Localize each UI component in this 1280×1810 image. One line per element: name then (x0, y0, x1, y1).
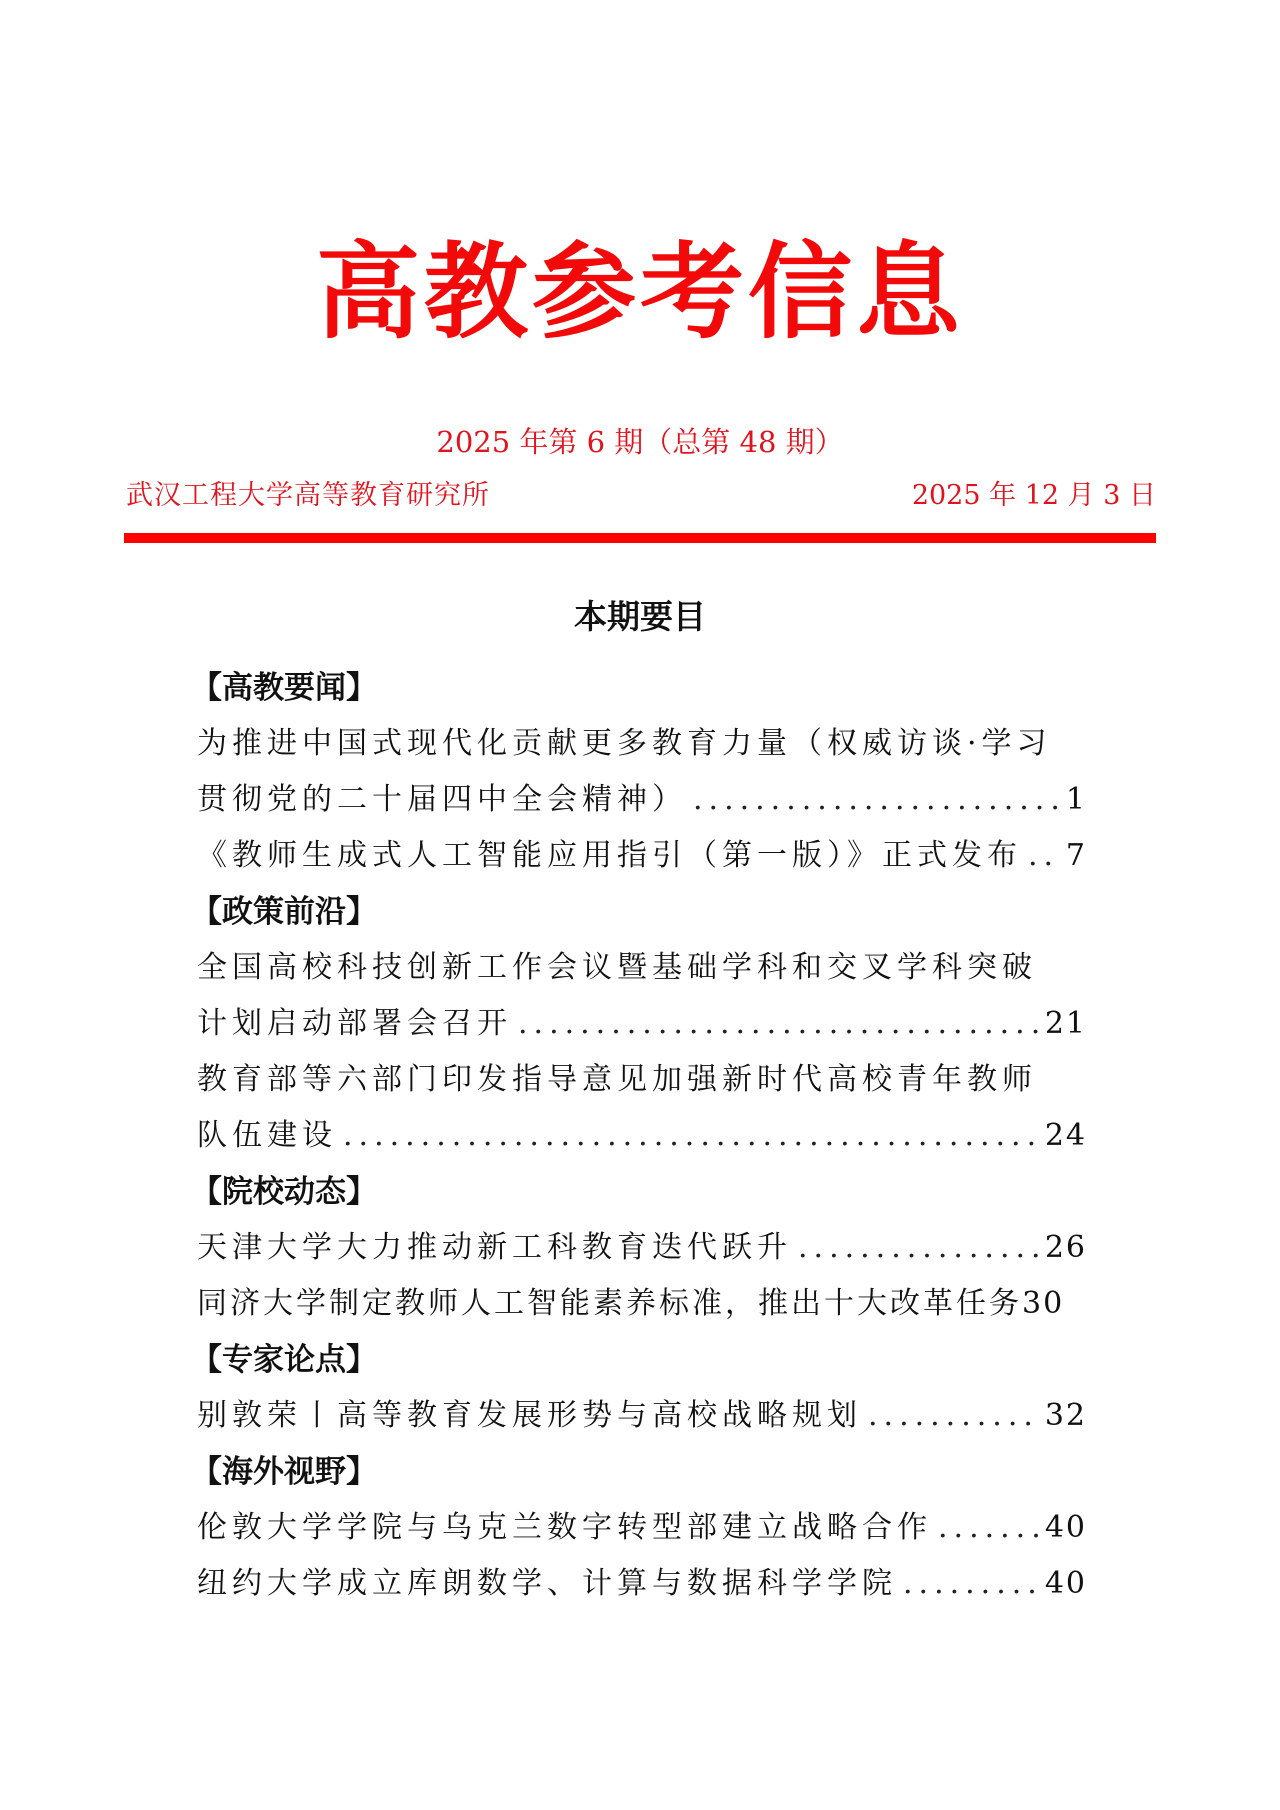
dot-leader (693, 772, 1060, 828)
dot-leader (343, 1108, 1039, 1164)
toc-page-number: 7 (1066, 828, 1087, 884)
toc-heading: 本期要目 (0, 592, 1280, 642)
toc-entry[interactable]: 全国高校科技创新工作会议暨基础学科和交叉学科突破 (197, 940, 1087, 996)
toc-section-heading: 【海外视野】 (191, 1444, 1087, 1500)
toc-entry-title: 为推进中国式现代化贡献更多教育力量（权威访谈·学习 (197, 716, 1052, 772)
toc-entry[interactable]: 纽约大学成立库朗数学、计算与数据科学学院 40 (197, 1556, 1087, 1612)
toc-entry[interactable]: 计划启动部署会召开 21 (197, 996, 1087, 1052)
toc-entry[interactable]: 队伍建设 24 (197, 1108, 1087, 1164)
toc-page-number: 21 (1045, 996, 1087, 1052)
toc-page-number: 26 (1045, 1220, 1087, 1276)
masthead-meta: 武汉工程大学高等教育研究所 2025 年 12 月 3 日 (126, 476, 1156, 516)
toc-page-number: 40 (1045, 1500, 1087, 1556)
organization-name: 武汉工程大学高等教育研究所 (126, 476, 490, 516)
dot-leader (1028, 828, 1060, 884)
toc-entry-title: 计划启动部署会召开 (197, 996, 512, 1052)
toc-entry[interactable]: 为推进中国式现代化贡献更多教育力量（权威访谈·学习 (197, 716, 1087, 772)
toc-entry-title: 教育部等六部门印发指导意见加强新时代高校青年教师 (197, 1052, 1037, 1108)
dot-leader (938, 1500, 1039, 1556)
red-divider (124, 533, 1156, 543)
toc-entry[interactable]: 贯彻党的二十届四中全会精神） 1 (197, 772, 1087, 828)
toc-entry-title: 贯彻党的二十届四中全会精神） (197, 772, 687, 828)
toc-entry[interactable]: 同济大学制定教师人工智能素养标准，推出十大改革任务 30 (197, 1276, 1087, 1332)
toc-entry-title: 伦敦大学学院与乌克兰数字转型部建立战略合作 (197, 1500, 932, 1556)
table-of-contents: 【高教要闻】 为推进中国式现代化贡献更多教育力量（权威访谈·学习 贯彻党的二十届… (197, 660, 1087, 1612)
issue-number: 2025 年第 6 期（总第 48 期） (0, 420, 1280, 464)
toc-section-heading: 【高教要闻】 (191, 660, 1087, 716)
toc-entry-title: 别敦荣丨高等教育发展形势与高校战略规划 (197, 1388, 862, 1444)
toc-entry-title: 纽约大学成立库朗数学、计算与数据科学学院 (197, 1556, 897, 1612)
toc-entry-title: 同济大学制定教师人工智能素养标准，推出十大改革任务 (197, 1276, 1022, 1332)
dot-leader (868, 1388, 1039, 1444)
dot-leader (518, 996, 1039, 1052)
toc-entry[interactable]: 别敦荣丨高等教育发展形势与高校战略规划 32 (197, 1388, 1087, 1444)
toc-page-number: 24 (1045, 1108, 1087, 1164)
toc-section-heading: 【院校动态】 (191, 1164, 1087, 1220)
toc-page-number: 1 (1066, 772, 1087, 828)
toc-entry-title: 全国高校科技创新工作会议暨基础学科和交叉学科突破 (197, 940, 1037, 996)
dot-leader (903, 1556, 1039, 1612)
toc-entry[interactable]: 伦敦大学学院与乌克兰数字转型部建立战略合作 40 (197, 1500, 1087, 1556)
toc-page-number: 30 (1022, 1276, 1064, 1332)
toc-entry-title: 队伍建设 (197, 1108, 337, 1164)
dot-leader (798, 1220, 1039, 1276)
publication-date: 2025 年 12 月 3 日 (912, 476, 1156, 516)
toc-entry[interactable]: 《教师生成式人工智能应用指引（第一版）》正式发布 7 (197, 828, 1087, 884)
toc-entry[interactable]: 天津大学大力推动新工科教育迭代跃升 26 (197, 1220, 1087, 1276)
toc-page-number: 32 (1045, 1388, 1087, 1444)
toc-section-heading: 【政策前沿】 (191, 884, 1087, 940)
toc-entry-title: 天津大学大力推动新工科教育迭代跃升 (197, 1220, 792, 1276)
toc-section-heading: 【专家论点】 (191, 1332, 1087, 1388)
toc-entry[interactable]: 教育部等六部门印发指导意见加强新时代高校青年教师 (197, 1052, 1087, 1108)
toc-page-number: 40 (1045, 1556, 1087, 1612)
publication-title: 高教参考信息 (0, 232, 1280, 352)
toc-entry-title: 《教师生成式人工智能应用指引（第一版）》正式发布 (197, 828, 1022, 884)
